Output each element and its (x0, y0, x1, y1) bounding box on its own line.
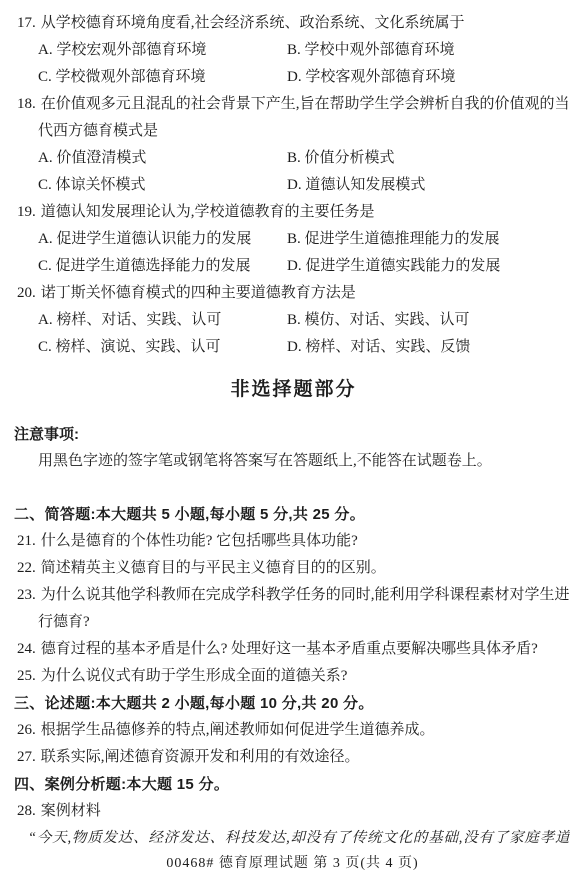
question-number: 27. (17, 749, 36, 765)
question-text: 简述精英主义德育目的与平民主义德育目的的区别。 (41, 560, 386, 576)
option-c: C. 榜样、演说、实践、认可 (38, 334, 287, 361)
case-material-label: 案例材料 (41, 803, 101, 819)
question-number: 28. (17, 803, 36, 819)
question-number: 25. (17, 668, 36, 684)
option-a: A. 榜样、对话、实践、认可 (38, 307, 287, 334)
question-19-stem: 19.道德认知发展理论认为,学校道德教育的主要任务是 (17, 199, 570, 226)
option-c: C. 学校微观外部德育环境 (38, 64, 287, 91)
question-text: 联系实际,阐述德育资源开发和利用的有效途径。 (41, 749, 360, 765)
question-22: 22.简述精英主义德育目的与平民主义德育目的的区别。 (17, 555, 570, 582)
question-17-options-row-1: A. 学校宏观外部德育环境 B. 学校中观外部德育环境 (17, 37, 570, 64)
question-21: 21.什么是德育的个体性功能? 它包括哪些具体功能? (17, 528, 570, 555)
question-number: 19. (17, 204, 36, 220)
section-title-short-answer: 二、简答题:本大题共 5 小题,每小题 5 分,共 25 分。 (14, 501, 570, 528)
question-25: 25.为什么说仪式有助于学生形成全面的道德关系? (17, 663, 570, 690)
question-23: 23.为什么说其他学科教师在完成学科教学任务的同时,能利用学科课程素材对学生进行… (17, 582, 570, 636)
question-17-stem: 17.从学校德育环境角度看,社会经济系统、政治系统、文化系统属于 (17, 10, 570, 37)
option-d: D. 道德认知发展模式 (287, 172, 570, 199)
option-b: B. 价值分析模式 (287, 145, 570, 172)
question-19-options-row-2: C. 促进学生道德选择能力的发展 D. 促进学生道德实践能力的发展 (17, 253, 570, 280)
question-text: 为什么说其他学科教师在完成学科教学任务的同时,能利用学科课程素材对学生进行德育? (38, 587, 570, 630)
option-b: B. 学校中观外部德育环境 (287, 37, 570, 64)
question-text: 道德认知发展理论认为,学校道德教育的主要任务是 (41, 204, 375, 220)
option-d: D. 榜样、对话、实践、反馈 (287, 334, 570, 361)
question-20-options-row-1: A. 榜样、对话、实践、认可 B. 模仿、对话、实践、认可 (17, 307, 570, 334)
option-c: C. 体谅关怀模式 (38, 172, 287, 199)
option-a: A. 促进学生道德认识能力的发展 (38, 226, 287, 253)
option-a: A. 价值澄清模式 (38, 145, 287, 172)
question-number: 22. (17, 560, 36, 576)
question-text: 德育过程的基本矛盾是什么? 处理好这一基本矛盾重点要解决哪些具体矛盾? (41, 641, 538, 657)
question-19-options-row-1: A. 促进学生道德认识能力的发展 B. 促进学生道德推理能力的发展 (17, 226, 570, 253)
page-footer: 00468# 德育原理试题 第 3 页(共 4 页) (0, 852, 585, 872)
notes-label: 注意事项: (14, 421, 570, 448)
question-number: 18. (17, 96, 36, 112)
exam-page: 17.从学校德育环境角度看,社会经济系统、政治系统、文化系统属于 A. 学校宏观… (0, 0, 585, 885)
option-d: D. 学校客观外部德育环境 (287, 64, 570, 91)
notes-body: 用黑色字迹的签字笔或钢笔将答案写在答题纸上,不能答在试题卷上。 (38, 448, 570, 475)
question-number: 24. (17, 641, 36, 657)
question-text: 什么是德育的个体性功能? 它包括哪些具体功能? (41, 533, 358, 549)
question-24: 24.德育过程的基本矛盾是什么? 处理好这一基本矛盾重点要解决哪些具体矛盾? (17, 636, 570, 663)
option-a: A. 学校宏观外部德育环境 (38, 37, 287, 64)
question-17-options-row-2: C. 学校微观外部德育环境 D. 学校客观外部德育环境 (17, 64, 570, 91)
question-text: 为什么说仪式有助于学生形成全面的道德关系? (41, 668, 348, 684)
question-28-label: 28.案例材料 (17, 798, 570, 825)
question-text: 在价值观多元且混乱的社会背景下产生,旨在帮助学生学会辨析自我的价值观的当代西方德… (38, 96, 570, 139)
option-d: D. 促进学生道德实践能力的发展 (287, 253, 570, 280)
question-text: 诺丁斯关怀德育模式的四种主要道德教育方法是 (41, 285, 356, 301)
section-title-essay: 三、论述题:本大题共 2 小题,每小题 10 分,共 20 分。 (14, 690, 570, 717)
option-b: B. 模仿、对话、实践、认可 (287, 307, 570, 334)
option-b: B. 促进学生道德推理能力的发展 (287, 226, 570, 253)
option-c: C. 促进学生道德选择能力的发展 (38, 253, 287, 280)
question-18-stem: 18.在价值观多元且混乱的社会背景下产生,旨在帮助学生学会辨析自我的价值观的当代… (17, 91, 570, 145)
question-text: 从学校德育环境角度看,社会经济系统、政治系统、文化系统属于 (41, 15, 465, 31)
section-heading-non-mcq: 非选择题部分 (17, 375, 570, 405)
question-18-options-row-2: C. 体谅关怀模式 D. 道德认知发展模式 (17, 172, 570, 199)
section-title-case-analysis: 四、案例分析题:本大题 15 分。 (14, 771, 570, 798)
question-26: 26.根据学生品德修养的特点,阐述教师如何促进学生道德养成。 (17, 717, 570, 744)
question-text: 根据学生品德修养的特点,阐述教师如何促进学生道德养成。 (41, 722, 435, 738)
question-18-options-row-1: A. 价值澄清模式 B. 价值分析模式 (17, 145, 570, 172)
question-27: 27.联系实际,阐述德育资源开发和利用的有效途径。 (17, 744, 570, 771)
question-20-options-row-2: C. 榜样、演说、实践、认可 D. 榜样、对话、实践、反馈 (17, 334, 570, 361)
case-material-quote: “今天,物质发达、经济发达、科技发达,却没有了传统文化的基础,没有了家庭孝道,我… (28, 825, 570, 852)
question-number: 17. (17, 15, 36, 31)
question-number: 21. (17, 533, 36, 549)
question-number: 20. (17, 285, 36, 301)
question-number: 26. (17, 722, 36, 738)
question-number: 23. (17, 587, 36, 603)
question-20-stem: 20.诺丁斯关怀德育模式的四种主要道德教育方法是 (17, 280, 570, 307)
